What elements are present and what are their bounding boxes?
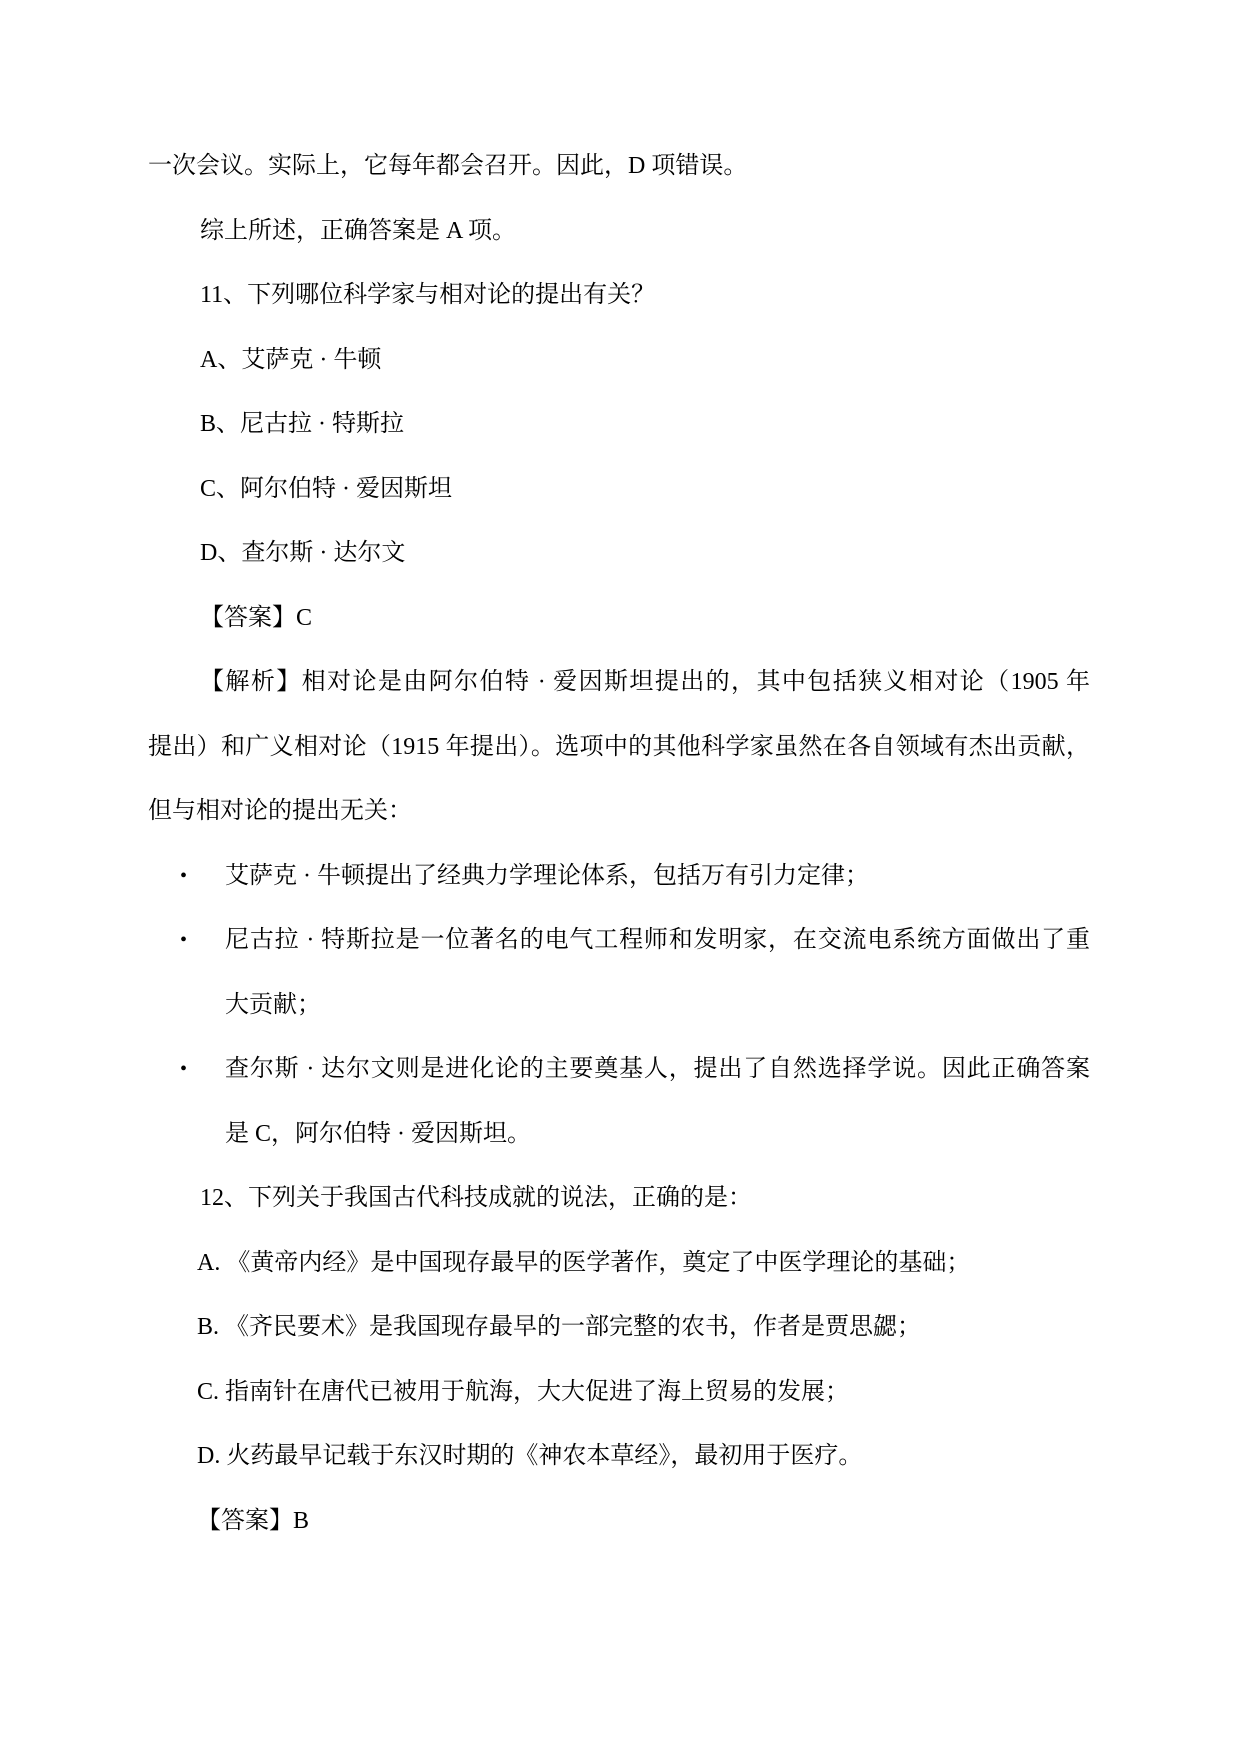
question-11-analysis: 【解析】相对论是由阿尔伯特 · 爱因斯坦提出的，其中包括狭义相对论（1905 年 xyxy=(148,650,1090,715)
text-line: 艾萨克 · 牛顿提出了经典力学理论体系，包括万有引力定律； xyxy=(225,863,869,889)
question-11-option-b: B、尼古拉 · 特斯拉 xyxy=(148,392,1090,457)
list-item: •查尔斯 · 达尔文则是进化论的主要奠基人，提出了自然选择学说。因此正确答案 xyxy=(148,1037,1090,1102)
question-12-title: 12、下列关于我国古代科技成就的说法，正确的是： xyxy=(148,1166,1090,1231)
text-line: 综上所述，正确答案是 A 项。 xyxy=(148,199,1090,264)
question-11-answer: 【答案】C xyxy=(148,586,1090,651)
question-12-answer: 【答案】B xyxy=(148,1489,1090,1554)
question-11-option-a: A、艾萨克 · 牛顿 xyxy=(148,328,1090,393)
text-line: 一次会议。实际上，它每年都会召开。因此，D 项错误。 xyxy=(148,134,1090,199)
text-line: 尼古拉 · 特斯拉是一位著名的电气工程师和发明家，在交流电系统方面做出了重 xyxy=(225,927,1090,953)
bullet-icon: • xyxy=(180,908,187,973)
text-line: 但与相对论的提出无关： xyxy=(148,779,1090,844)
question-11-title: 11、下列哪位科学家与相对论的提出有关？ xyxy=(148,263,1090,328)
question-11-option-c: C、阿尔伯特 · 爱因斯坦 xyxy=(148,457,1090,522)
question-12-option-d: D. 火药最早记载于东汉时期的《神农本草经》，最初用于医疗。 xyxy=(148,1424,1090,1489)
question-12-option-a: A. 《黄帝内经》是中国现存最早的医学著作，奠定了中医学理论的基础； xyxy=(148,1231,1090,1296)
bullet-icon: • xyxy=(180,1037,187,1102)
text-line: 大贡献； xyxy=(148,973,1090,1038)
question-12-option-b: B. 《齐民要术》是我国现存最早的一部完整的农书，作者是贾思勰； xyxy=(148,1295,1090,1360)
document-page-background: { "page": { "background": "#ffffff", "te… xyxy=(0,0,1241,1754)
list-item: •艾萨克 · 牛顿提出了经典力学理论体系，包括万有引力定律； xyxy=(148,844,1090,909)
text-line: 提出）和广义相对论（1915 年提出）。选项中的其他科学家虽然在各自领域有杰出贡… xyxy=(148,715,1090,780)
text-line: 查尔斯 · 达尔文则是进化论的主要奠基人，提出了自然选择学说。因此正确答案 xyxy=(225,1056,1090,1082)
bullet-icon: • xyxy=(180,844,187,909)
list-item: •尼古拉 · 特斯拉是一位著名的电气工程师和发明家，在交流电系统方面做出了重 xyxy=(148,908,1090,973)
document-text-block: 一次会议。实际上，它每年都会召开。因此，D 项错误。 综上所述，正确答案是 A … xyxy=(148,134,1090,1553)
question-12-option-c: C. 指南针在唐代已被用于航海，大大促进了海上贸易的发展； xyxy=(148,1360,1090,1425)
question-11-option-d: D、查尔斯 · 达尔文 xyxy=(148,521,1090,586)
text-line: 是 C，阿尔伯特 · 爱因斯坦。 xyxy=(148,1102,1090,1167)
